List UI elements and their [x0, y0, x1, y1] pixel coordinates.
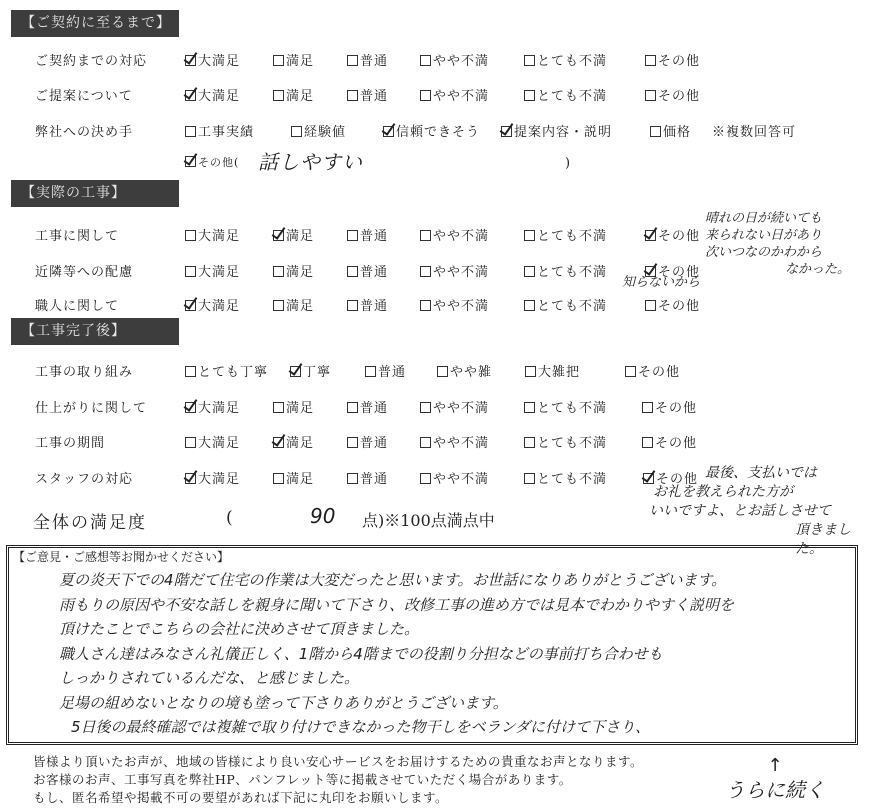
checkbox-icon[interactable] — [185, 126, 196, 137]
multiple-answers-note: ※複数回答可 — [712, 121, 796, 140]
option-satisfied[interactable]: 満足 — [273, 432, 314, 451]
checkbox-icon[interactable] — [625, 366, 636, 377]
comment-line: 頂けたことでこちらの会社に決めさせて頂きました。 — [59, 617, 734, 642]
checkbox-icon[interactable] — [420, 402, 431, 413]
checkbox-checked-icon[interactable] — [273, 230, 284, 241]
option-satisfied[interactable]: 満足 — [273, 397, 314, 416]
overall-score-value[interactable]: 90 — [310, 504, 335, 528]
row-label: 弊社への決め手 — [35, 121, 133, 140]
checkbox-icon[interactable] — [273, 90, 284, 101]
option-very-satisfied[interactable]: 大満足 — [185, 432, 240, 451]
survey-row-work-approach: 工事の取り組み とても丁寧 丁寧 普通 やや雑 大雑把 その他 — [0, 358, 874, 382]
row-label: 仕上がりに関して — [35, 397, 147, 416]
checkbox-icon[interactable] — [185, 266, 196, 277]
row-label: 工事の取り組み — [35, 361, 133, 380]
checkbox-icon[interactable] — [347, 266, 358, 277]
option-slightly-dissatisfied[interactable]: やや不満 — [420, 50, 489, 69]
comments-handwritten: 夏の炎天下での4階だて住宅の作業は大変だったと思います。お世話になりありがとうご… — [59, 568, 734, 740]
row-label: ご提案について — [35, 85, 133, 104]
checkbox-icon[interactable] — [347, 300, 358, 311]
option-other[interactable]: その他 — [642, 397, 697, 416]
option-normal[interactable]: 普通 — [347, 225, 388, 244]
option-slightly-dissatisfied[interactable]: やや不満 — [420, 295, 489, 314]
checkbox-checked-icon[interactable] — [273, 437, 284, 448]
comment-line: 足場の組めないとなりの境も塗って下さりありがとうございます。 — [59, 691, 734, 716]
checkbox-icon[interactable] — [347, 230, 358, 241]
footer-notice: 皆様より頂いたお声が、地域の皆様により良い安心サービスをお届けするための貴重なお… — [33, 753, 643, 807]
section-header-after-completion: 【工事完了後】 — [11, 318, 179, 345]
overall-open-paren: ( — [226, 508, 233, 528]
survey-row-craftsmen: 職人に関して 大満足 満足 普通 やや不満 とても不満 その他 — [0, 292, 874, 316]
option-slightly-dissatisfied[interactable]: やや不満 — [420, 468, 489, 487]
checkbox-icon[interactable] — [524, 230, 535, 241]
option-very-dissatisfied[interactable]: とても不満 — [524, 468, 607, 487]
comment-line: 5日後の最終確認では複雑で取り付けできなかった物干しをベランダに付けて下さり、 — [71, 715, 734, 740]
checkbox-checked-icon[interactable] — [185, 402, 196, 413]
option-very-satisfied[interactable]: 大満足 — [185, 225, 240, 244]
option-slightly-rough[interactable]: やや雑 — [437, 361, 492, 380]
checkbox-icon[interactable] — [645, 300, 656, 311]
comment-line: 夏の炎天下での4階だて住宅の作業は大変だったと思います。お世話になりありがとうご… — [59, 568, 734, 593]
checkbox-icon[interactable] — [347, 402, 358, 413]
checkbox-icon[interactable] — [524, 402, 535, 413]
other-handwritten-answer: 話しやすい — [258, 146, 363, 175]
checkbox-icon[interactable] — [420, 230, 431, 241]
checkbox-icon[interactable] — [525, 366, 536, 377]
checkbox-checked-icon[interactable] — [501, 126, 512, 137]
option-very-dissatisfied[interactable]: とても不満 — [524, 295, 607, 314]
comments-title: 【ご意見・ご感想等お聞かせください】 — [13, 548, 229, 565]
checkbox-checked-icon[interactable] — [645, 230, 656, 241]
option-careful[interactable]: 丁寧 — [290, 361, 331, 380]
option-normal[interactable]: 普通 — [347, 397, 388, 416]
checkbox-icon[interactable] — [420, 300, 431, 311]
checkbox-checked-icon[interactable] — [383, 126, 394, 137]
option-satisfied[interactable]: 満足 — [273, 50, 314, 69]
continued-on-back-note: ↑ うらに続く — [725, 758, 825, 803]
checkbox-icon[interactable] — [273, 402, 284, 413]
option-slightly-dissatisfied[interactable]: やや不満 — [420, 397, 489, 416]
option-slightly-dissatisfied[interactable]: やや不満 — [420, 85, 489, 104]
option-other[interactable]: その他 — [645, 50, 700, 69]
option-normal[interactable]: 普通 — [347, 432, 388, 451]
handwritten-note-neighbors: 知らないから — [622, 274, 700, 291]
option-other[interactable]: その他 — [625, 361, 680, 380]
option-satisfied[interactable]: 満足 — [273, 85, 314, 104]
option-very-careful[interactable]: とても丁寧 — [185, 361, 268, 380]
row-label: 職人に関して — [35, 295, 119, 314]
option-normal[interactable]: 普通 — [347, 468, 388, 487]
checkbox-icon[interactable] — [347, 437, 358, 448]
option-other[interactable]: その他 — [645, 295, 700, 314]
survey-row-deciding-factor: 弊社への決め手 工事実績 経験値 信頼できそう 提案内容・説明 価格 ※複数回答… — [0, 118, 874, 142]
option-very-satisfied[interactable]: 大満足 — [185, 295, 240, 314]
option-satisfied[interactable]: 満足 — [273, 295, 314, 314]
checkbox-icon[interactable] — [524, 300, 535, 311]
checkbox-icon[interactable] — [273, 266, 284, 277]
checkbox-icon[interactable] — [273, 473, 284, 484]
option-slightly-dissatisfied[interactable]: やや不満 — [420, 432, 489, 451]
section-header-before-contract: 【ご契約に至るまで】 — [11, 10, 179, 37]
option-other[interactable]: その他 — [642, 432, 697, 451]
option-experience[interactable]: 経験値 — [291, 121, 346, 140]
other-close-paren: ) — [565, 156, 571, 171]
checkbox-icon[interactable] — [347, 90, 358, 101]
survey-row-work-period: 工事の期間 大満足 満足 普通 やや不満 とても不満 その他 — [0, 429, 874, 453]
option-normal[interactable]: 普通 — [347, 85, 388, 104]
checkbox-icon[interactable] — [185, 437, 196, 448]
checkbox-icon[interactable] — [273, 300, 284, 311]
up-arrow-icon: ↑ — [725, 758, 825, 774]
checkbox-icon[interactable] — [437, 366, 448, 377]
row-label: 近隣等への配慮 — [35, 261, 133, 280]
checkbox-icon[interactable] — [347, 473, 358, 484]
checkbox-icon[interactable] — [420, 473, 431, 484]
option-very-dissatisfied[interactable]: とても不満 — [524, 225, 607, 244]
checkbox-icon[interactable] — [642, 402, 653, 413]
option-trustworthy[interactable]: 信頼できそう — [383, 121, 480, 140]
checkbox-icon[interactable] — [645, 90, 656, 101]
checkbox-icon[interactable] — [185, 230, 196, 241]
option-satisfied[interactable]: 満足 — [273, 468, 314, 487]
row-label: 工事の期間 — [35, 432, 105, 451]
option-very-dissatisfied[interactable]: とても不満 — [524, 432, 607, 451]
checkbox-icon[interactable] — [524, 90, 535, 101]
option-normal[interactable]: 普通 — [347, 50, 388, 69]
checkbox-icon[interactable] — [365, 366, 376, 377]
survey-row-finish-quality: 仕上がりに関して 大満足 満足 普通 やや不満 とても不満 その他 — [0, 394, 874, 418]
checkbox-icon[interactable] — [524, 55, 535, 66]
checkbox-checked-icon[interactable] — [185, 156, 196, 167]
option-normal[interactable]: 普通 — [347, 295, 388, 314]
option-very-satisfied[interactable]: 大満足 — [185, 85, 240, 104]
checkbox-icon[interactable] — [524, 473, 535, 484]
checkbox-checked-icon[interactable] — [185, 473, 196, 484]
section-header-actual-work: 【実際の工事】 — [11, 180, 179, 207]
option-rough[interactable]: 大雑把 — [525, 361, 580, 380]
option-slightly-dissatisfied[interactable]: やや不満 — [420, 261, 489, 280]
option-very-dissatisfied[interactable]: とても不満 — [524, 85, 607, 104]
row-label: ご契約までの対応 — [35, 50, 147, 69]
option-normal[interactable]: 普通 — [365, 361, 406, 380]
checkbox-icon[interactable] — [291, 126, 302, 137]
survey-row-deciding-factor-other: その他( 話しやすい ) — [0, 148, 874, 172]
checkbox-icon[interactable] — [645, 55, 656, 66]
checkbox-icon[interactable] — [273, 55, 284, 66]
option-normal[interactable]: 普通 — [347, 261, 388, 280]
option-very-dissatisfied[interactable]: とても不満 — [524, 50, 607, 69]
option-other[interactable]: その他 — [645, 225, 700, 244]
checkbox-checked-icon[interactable] — [185, 300, 196, 311]
option-satisfied[interactable]: 満足 — [273, 261, 314, 280]
comment-line: 雨もりの原因や不安な話しを親身に聞いて下さり、改修工事の進め方では見本でわかりや… — [59, 593, 734, 618]
overall-satisfaction-label: 全体の満足度 — [33, 508, 147, 533]
checkbox-icon[interactable] — [420, 55, 431, 66]
option-very-satisfied[interactable]: 大満足 — [185, 261, 240, 280]
checkbox-icon[interactable] — [420, 437, 431, 448]
survey-row-proposal: ご提案について 大満足 満足 普通 やや不満 とても不満 その他 — [0, 82, 874, 106]
checkbox-icon[interactable] — [185, 366, 196, 377]
survey-row-contract-response: ご契約までの対応 大満足 満足 普通 やや不満 とても不満 その他 — [0, 47, 874, 71]
option-satisfied[interactable]: 満足 — [273, 225, 314, 244]
checkbox-icon[interactable] — [650, 126, 661, 137]
overall-score-suffix: 点)※100点満点中 — [362, 508, 495, 531]
checkbox-icon[interactable] — [420, 266, 431, 277]
checkbox-icon[interactable] — [347, 55, 358, 66]
option-slightly-dissatisfied[interactable]: やや不満 — [420, 225, 489, 244]
handwritten-note-work: 晴れの日が続いても 来られない日があり 次いつなのかわから なかった。 — [705, 210, 850, 278]
checkbox-checked-icon[interactable] — [185, 55, 196, 66]
row-label: スタッフの対応 — [35, 468, 133, 487]
checkbox-icon[interactable] — [420, 90, 431, 101]
option-proposal-explanation[interactable]: 提案内容・説明 — [501, 121, 612, 140]
option-very-satisfied[interactable]: 大満足 — [185, 397, 240, 416]
option-track-record[interactable]: 工事実績 — [185, 121, 254, 140]
checkbox-checked-icon[interactable] — [185, 90, 196, 101]
comment-line: しっかりされているんだな、と感じました。 — [59, 666, 734, 691]
option-other[interactable]: その他( — [185, 154, 239, 170]
row-label: 工事に関して — [35, 225, 119, 244]
checkbox-icon[interactable] — [642, 437, 653, 448]
option-other[interactable]: その他 — [645, 85, 700, 104]
option-very-dissatisfied[interactable]: とても不満 — [524, 261, 607, 280]
option-price[interactable]: 価格 — [650, 121, 691, 140]
comments-box[interactable]: 【ご意見・ご感想等お聞かせください】 夏の炎天下での4階だて住宅の作業は大変だっ… — [6, 545, 858, 745]
checkbox-icon[interactable] — [524, 437, 535, 448]
option-very-satisfied[interactable]: 大満足 — [185, 468, 240, 487]
option-very-dissatisfied[interactable]: とても不満 — [524, 397, 607, 416]
comment-line: 職人さん達はみなさん礼儀正しく、1階から4階までの役割り分担などの事前打ち合わせ… — [59, 642, 734, 667]
checkbox-icon[interactable] — [524, 266, 535, 277]
checkbox-checked-icon[interactable] — [290, 366, 301, 377]
option-very-satisfied[interactable]: 大満足 — [185, 50, 240, 69]
